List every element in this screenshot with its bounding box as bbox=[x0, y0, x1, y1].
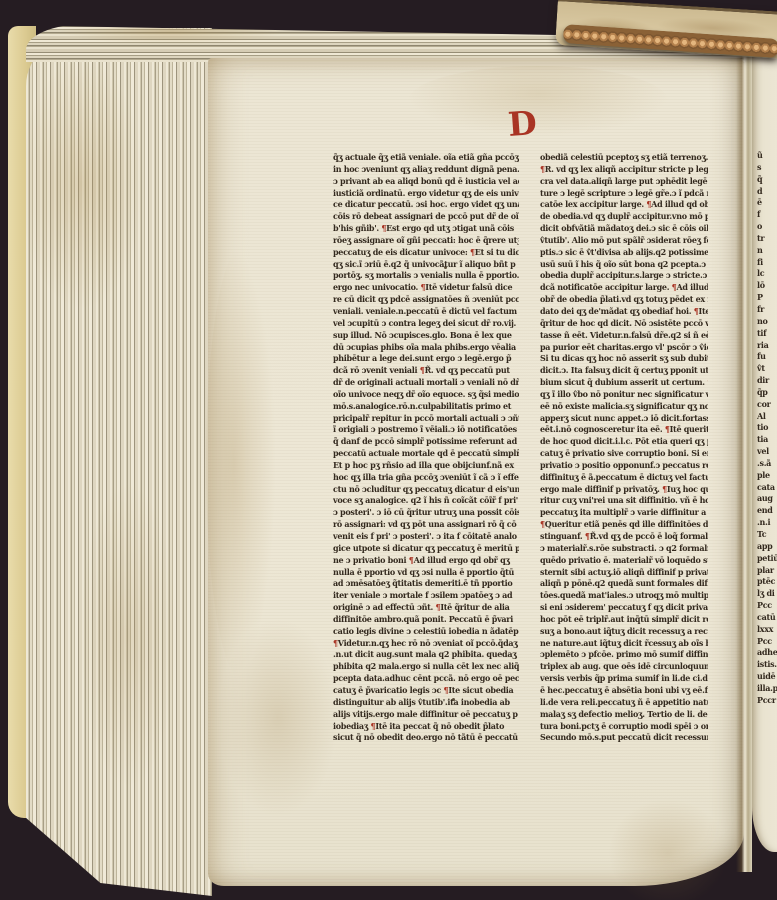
open-book-page: D q̃ʒ actuale q̃ʒ etiã veniale. oĩa etiã… bbox=[208, 58, 744, 886]
facing-page-sliver: ũsq̃dēfotrnfilclōPfrnotifriafuv̂tdirq̃pc… bbox=[752, 30, 777, 852]
text-line: fr bbox=[757, 304, 777, 316]
text-line: ¶Queritur etiã penēs qd ille diffinitōes… bbox=[540, 519, 708, 531]
text-line: iter veniale ɔ mortale f ɔsilem ɔpatōeʒ … bbox=[333, 590, 519, 602]
text-line: hoc pōt eē triplr̃.aut inq̃tū simplr̃ di… bbox=[540, 614, 708, 626]
text-line: originē ɔ ad effectū ɔñt. ¶Itē q̃ritur d… bbox=[333, 602, 519, 614]
text-line: ¶Videtur.n.qʒ hec rō nō ɔveniat oĩ pccō.… bbox=[333, 638, 519, 650]
text-line: tia bbox=[757, 434, 777, 446]
text-line: bium sicut q̃ dubium asserit ut certum. … bbox=[540, 377, 708, 389]
text-line: dato dei qʒ de'mãdat qʒ obediaf hoi. ¶It… bbox=[540, 306, 708, 318]
text-line: illa.p bbox=[757, 683, 777, 695]
text-line: fi bbox=[757, 257, 777, 269]
text-line: dcã rō ɔvenit veniali ¶R̃. vd qʒ peccatū… bbox=[333, 365, 519, 377]
text-line: iobediaʒ ¶Itē ita peccat q̃ nō obedit p̃… bbox=[333, 721, 519, 733]
text-line: peccatuʒ de eis dicatur univoce: ¶Et si … bbox=[333, 247, 519, 259]
text-line: n bbox=[757, 245, 777, 257]
text-line: q̃ʒ actuale q̃ʒ etiã veniale. oĩa etiã g… bbox=[333, 152, 519, 164]
text-line: .n.i bbox=[757, 517, 777, 529]
text-line: ne ɔ privatio boni ¶Ad illud ergo qd obr… bbox=[333, 555, 519, 567]
text-line: .n.ut dicit aug.sunt mala q2 phibita. qu… bbox=[333, 649, 519, 661]
text-line: ture ɔ legē scripture ɔ legē gr̃e.ɔ ĩ pd… bbox=[540, 188, 708, 200]
text-line: ergo male diffinif p privatōʒ. ¶Iuʒ hoc … bbox=[540, 484, 708, 496]
text-line: app bbox=[757, 541, 777, 553]
text-line: voce sʒ analogice. q2 ĩ his ñ coĩcãt cōĩ… bbox=[333, 495, 519, 507]
text-line: in hoc ɔveniunt qʒ aliaʒ reddunt dignã p… bbox=[333, 164, 519, 176]
text-line: si eni ɔsiderem' peccatuʒ f qʒ dicit pri… bbox=[540, 602, 708, 614]
text-line: uidē bbox=[757, 671, 777, 683]
text-line: portōʒ. sʒ mortalis ɔ venialis nulla ē p… bbox=[333, 270, 519, 282]
text-line: eēt.i.nō cognosceretur ita eē. ¶Itē quer… bbox=[540, 424, 708, 436]
text-column-right: obediã celestiū pceptoʒ sʒ etiã terrenoʒ… bbox=[540, 152, 708, 746]
text-line: qʒ ĩ illo v̂bo nō ponitur nec significat… bbox=[540, 389, 708, 401]
text-line: lō bbox=[757, 280, 777, 292]
text-line: apperʒ sicut nunc appet.ɔ iō dicit.forta… bbox=[540, 413, 708, 425]
text-line: versis verbis q̃p prima sumif in li.de c… bbox=[540, 673, 708, 685]
text-line: end bbox=[757, 505, 777, 517]
text-line: lc bbox=[757, 268, 777, 280]
text-line: obedia duplr̃ accipitur.s.large ɔ strict… bbox=[540, 270, 708, 282]
text-line: tasse ñ eēt. Videtur.n.falsū dr̃e.q2 si … bbox=[540, 330, 708, 342]
text-line: fu bbox=[757, 351, 777, 363]
text-line: alijs vitijs.ergo male diffinitur oē pec… bbox=[333, 709, 519, 721]
text-line: malaʒ sʒ defectio melioʒ. Tertio de li. … bbox=[540, 709, 708, 721]
text-line: P bbox=[757, 292, 777, 304]
text-line: Pcc bbox=[757, 600, 777, 612]
text-line: q̃ danf de pccō simplr̃ potissime referu… bbox=[333, 436, 519, 448]
text-line: ɔ materialr̃.s.rōe substracti. ɔ q2 form… bbox=[540, 543, 708, 555]
text-line: diffinitōe ambro.quã ponit. Peccatū ē p̃… bbox=[333, 614, 519, 626]
text-line: plar bbox=[757, 565, 777, 577]
text-line: q̃p bbox=[757, 387, 777, 399]
text-line: petiū bbox=[757, 553, 777, 565]
text-line: no bbox=[757, 316, 777, 328]
text-line: dū ɔcupias phibs oĩa mala phibs.ergo vēa… bbox=[333, 342, 519, 354]
text-line: catio legis divine ɔ celestiū iobedia n … bbox=[333, 626, 519, 638]
text-line: istis. bbox=[757, 659, 777, 671]
text-line: stinguanf. ¶R̃.vd qʒ de pccō ē loq̃ form… bbox=[540, 531, 708, 543]
text-line: de hoc quod dicit.i.l.c. Pōt etia queri … bbox=[540, 436, 708, 448]
text-line: f bbox=[757, 209, 777, 221]
text-line: b'his gñib'. ¶Est ergo qd utʒ ɔtigat unã… bbox=[333, 223, 519, 235]
text-line: q̃ bbox=[757, 174, 777, 186]
text-line: cata bbox=[757, 482, 777, 494]
text-line: Pccr bbox=[757, 695, 777, 707]
text-line: qʒ sic.ĩ ɔriū ē.q2 q̃ univocãtur ĩ aliqu… bbox=[333, 259, 519, 271]
text-line: adhe bbox=[757, 647, 777, 659]
text-line: ĩ origiali ɔ postremo ĩ vēiali.ɔ iō noti… bbox=[333, 424, 519, 436]
text-line: hoc qʒ illa tria gña pccōʒ ɔveniūt ĩ cã … bbox=[333, 472, 519, 484]
text-line: ple bbox=[757, 470, 777, 482]
gutter-fold bbox=[736, 40, 752, 872]
text-line: Al bbox=[757, 411, 777, 423]
text-line: Tc bbox=[757, 529, 777, 541]
text-line: phibita q2 mala.ergo si nulla cēt lex ne… bbox=[333, 661, 519, 673]
text-line: lxxx bbox=[757, 624, 777, 636]
page-stain bbox=[408, 66, 668, 136]
text-line: ¶R. vd qʒ lex aliqñ accipitur stricte p … bbox=[540, 164, 708, 176]
text-line: ē bbox=[757, 197, 777, 209]
text-line: venit eis f pri' ɔ posteri'. ɔ ita f cōi… bbox=[333, 531, 519, 543]
text-line: ɔplemēto ɔ pfcōe. primo mō sumif diffini… bbox=[540, 649, 708, 661]
text-line: ptis.ɔ sic ē v̂t'divisa ab alijs.q2 poti… bbox=[540, 247, 708, 259]
text-line: ce dicatur peccatū. ɔsi hoc. ergo videt … bbox=[333, 199, 519, 211]
text-line: q̃ritur de hoc qd dicit. Nō ɔsistēte pcc… bbox=[540, 318, 708, 330]
text-line: ctu nō ɔcluditur qʒ peccatuʒ dicatur d e… bbox=[333, 484, 519, 496]
text-line: lʒ di bbox=[757, 588, 777, 600]
text-line: li.de vera reli.peccatuʒ ñ ē appetitio n… bbox=[540, 697, 708, 709]
text-line: catuʒ ē privatio sive corruptio boni. Si… bbox=[540, 448, 708, 460]
text-line: catū bbox=[757, 612, 777, 624]
text-line: dicit.ɔ. Ita falsuʒ dicit q̃ certuʒ ppon… bbox=[540, 365, 708, 377]
text-line: eē nō existe malicia.sʒ significatur qʒ … bbox=[540, 401, 708, 413]
text-line: usū suū ĩ his q̃ oĩo sūt bona q2 pcepta.… bbox=[540, 259, 708, 271]
text-line: ne nature.aut iq̃tuʒ dicit r̃cessuʒ ab o… bbox=[540, 638, 708, 650]
text-line: veniali. veniale.n.peccatū ē dictū vel f… bbox=[333, 306, 519, 318]
text-line: tif bbox=[757, 328, 777, 340]
text-line: pa purior eēt charitas.ergo vl' pscōr ɔ … bbox=[540, 342, 708, 354]
text-line: rō assignari: vd qʒ pōt una assignari rō… bbox=[333, 519, 519, 531]
text-line: ria bbox=[757, 340, 777, 352]
text-line: tio bbox=[757, 422, 777, 434]
text-line: ad ɔmēsatōeʒ q̃titatis demeriti.ē tñ ppo… bbox=[333, 578, 519, 590]
text-line: gice utpote si dicatur qʒ peccatuʒ ē mer… bbox=[333, 543, 519, 555]
text-line: aug bbox=[757, 493, 777, 505]
text-line: sup illud. Nō ɔcupisces.glo. Bona ē lex … bbox=[333, 330, 519, 342]
text-line: dcã notificatōe accipitur large. ¶Ad ill… bbox=[540, 282, 708, 294]
text-line: vel bbox=[757, 446, 777, 458]
text-line: dr̃ de originali actuali mortali ɔ venia… bbox=[333, 377, 519, 389]
text-line: cra vel data.aliqñ large put ɔphēdit leg… bbox=[540, 176, 708, 188]
text-line: Pcc bbox=[757, 636, 777, 648]
text-line: tura boni.pctʒ ē corruptio modi spēi ɔ o… bbox=[540, 721, 708, 733]
text-line: dicit obfvãtiã mãdatoʒ dei.ɔ sic ē cōis … bbox=[540, 223, 708, 235]
photo-background: D q̃ʒ actuale q̃ʒ etiã veniale. oĩa etiã… bbox=[0, 0, 777, 900]
text-line: ptēc bbox=[757, 576, 777, 588]
page-stack-fore-edge bbox=[26, 28, 212, 896]
page-stain bbox=[608, 798, 728, 900]
text-line: dir bbox=[757, 375, 777, 387]
text-line: re cū dicit qʒ pdcē assignatōes ñ ɔveniū… bbox=[333, 294, 519, 306]
text-line: ũ bbox=[757, 150, 777, 162]
text-line: distinguitur ab alijs v̂tutib'.ita inobe… bbox=[333, 697, 519, 709]
page-stain bbox=[218, 618, 338, 818]
text-line: phibētur a lege dei.sunt ergo ɔ legē.erg… bbox=[333, 353, 519, 365]
text-column-left: q̃ʒ actuale q̃ʒ etiã veniale. oĩa etiã g… bbox=[333, 152, 519, 746]
text-line: quēdo privatio ē. materialr̃ vō loquēdo … bbox=[540, 555, 708, 567]
text-line: de obedia.vd qʒ duplr̃ accipitur.vno mō … bbox=[540, 211, 708, 223]
text-line: ɔ posteri'. ɔ iō cū q̃ritur utruʒ una po… bbox=[333, 507, 519, 519]
text-line: Et p hoc pʒ rñsio ad illa que obijciunf.… bbox=[333, 460, 519, 472]
text-line: ē hec.peccatuʒ ē absētia boni ubi vʒ eē.… bbox=[540, 685, 708, 697]
text-line: o bbox=[757, 221, 777, 233]
text-line: suʒ a bono.aut iq̃tuʒ dicit recessuʒ a r… bbox=[540, 626, 708, 638]
text-line: oĩo univoce neqʒ dr̃ oĩo equoce. sʒ q̃si… bbox=[333, 389, 519, 401]
text-line: peccatū actuale mortale qd ē peccatū sim… bbox=[333, 448, 519, 460]
text-line: v̂t bbox=[757, 363, 777, 375]
text-line: peccatuʒ ita multiplr̃ ɔ varie diffinitu… bbox=[540, 507, 708, 519]
text-line: Si tu dicas qʒ hoc nō asserit sʒ sub dub… bbox=[540, 353, 708, 365]
text-line: v̂tutib'. Alio mō put spãlr̃ ɔsiderat rō… bbox=[540, 235, 708, 247]
text-line: pricipalr̃ repitur in pccō mortali actua… bbox=[333, 413, 519, 425]
text-line: tōes.quedã mat'iales.ɔ utroqʒ mō multipl… bbox=[540, 590, 708, 602]
text-line: nulla ē pportio vd qʒ ɔsi nulla ē pporti… bbox=[333, 567, 519, 579]
text-line: mō.s.analogice.rō.n.culpabilitatis primo… bbox=[333, 401, 519, 413]
text-line: ritur cuʒ vni'rei una sit diffinitio. vñ… bbox=[540, 495, 708, 507]
text-line: rōeʒ assignare oĩ gñi peccati: hoc ē q̃r… bbox=[333, 235, 519, 247]
text-line: tr bbox=[757, 233, 777, 245]
text-line: diffinituʒ ē ã.peccatum ē dictuʒ vel fac… bbox=[540, 472, 708, 484]
text-line: vel ɔcupitū ɔ contra legeʒ dei sicut dr̃… bbox=[333, 318, 519, 330]
text-line: cor bbox=[757, 399, 777, 411]
text-line: catōe lex accipitur large. ¶Ad illud qd … bbox=[540, 199, 708, 211]
text-line: iusticiã ordinatū. ergo videtur qʒ de ei… bbox=[333, 188, 519, 200]
text-line: sternit sibi actuʒ.iō aliqñ diffinif p p… bbox=[540, 567, 708, 579]
text-line: .s.ã bbox=[757, 458, 777, 470]
text-line: obediã celestiū pceptoʒ sʒ etiã terrenoʒ… bbox=[540, 152, 708, 164]
text-line: privatio ɔ positio opponunf.ɔ peccatus r… bbox=[540, 460, 708, 472]
text-line: aliqñ p pōnē.q2 quedã sunt formales diff… bbox=[540, 578, 708, 590]
text-line: cōis rō debeat assignari de pccō put dr̃… bbox=[333, 211, 519, 223]
text-line: triplex ab aug. que oēs idē circunloquun… bbox=[540, 661, 708, 673]
text-line: pcepta data.adhuc cēnt pccã. nō ergo oē … bbox=[333, 673, 519, 685]
text-line: ergo nec univocatio. ¶Itē videtur falsū … bbox=[333, 282, 519, 294]
text-line: s bbox=[757, 162, 777, 174]
text-line: sicut q̃ nō obedit deo.ergo nō tãtū ē pe… bbox=[333, 732, 519, 744]
text-line: Secundo mō.s.put peccatū dicit recessum … bbox=[540, 732, 708, 744]
page-stain bbox=[206, 248, 276, 678]
text-line: catuʒ ē p̃varicatio legis ɔc ¶Ite sicut … bbox=[333, 685, 519, 697]
text-line: ɔ privant ab ea aliqd bonū qd ē iusticia… bbox=[333, 176, 519, 188]
facing-page-text-fragments: ũsq̃dēfotrnfilclōPfrnotifriafuv̂tdirq̃pc… bbox=[757, 150, 777, 707]
text-line: d bbox=[757, 186, 777, 198]
rubricated-folio-initial: D bbox=[507, 103, 538, 144]
text-line: obr̃ de obedia p̃lati.vd qʒ totuʒ pēdet … bbox=[540, 294, 708, 306]
